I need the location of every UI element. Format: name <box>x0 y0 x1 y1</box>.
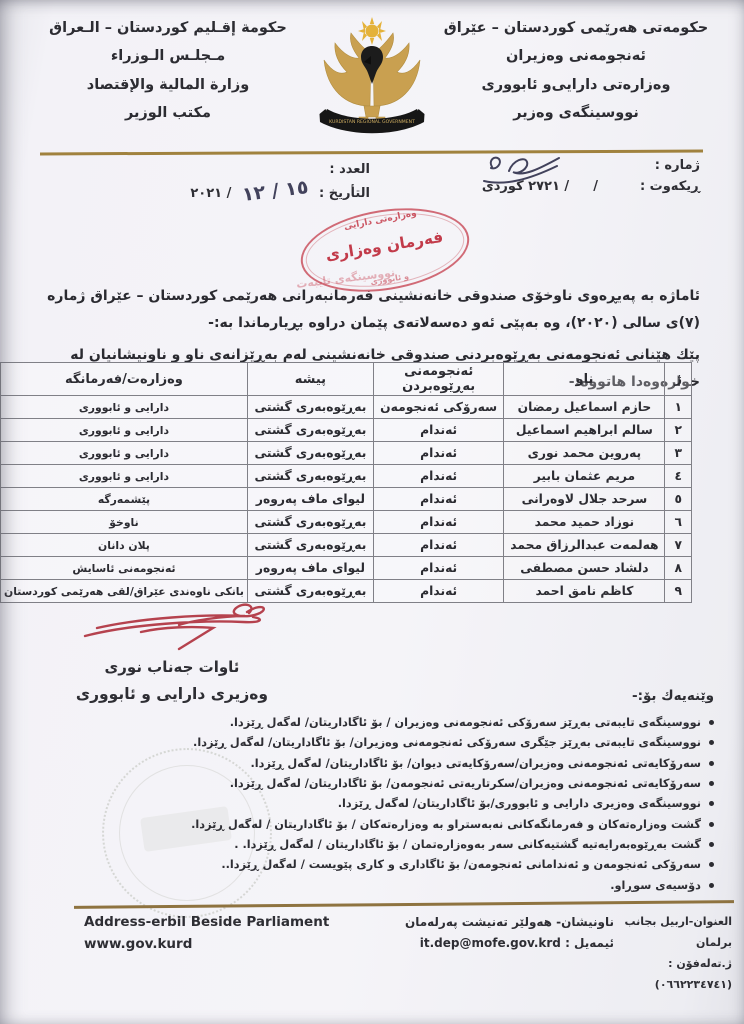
cell-board-role: ئه‌ندام <box>373 419 503 442</box>
table-row: ٢ سالم ابراهيم اسماعيل ئه‌ندام به‌ڕێوه‌ب… <box>1 419 692 442</box>
cell-board-role: ئه‌ندام <box>373 557 503 580</box>
letterhead-line: حكومه‌تى هه‌رێمى كوردستان – عێراق <box>442 14 710 42</box>
table-row: ٧ هه‌لمه‌ت عبدالرزاق محمد ئه‌ندام به‌ڕێو… <box>1 534 692 557</box>
bullet-icon <box>709 801 714 806</box>
letterhead-line: مكتب الوزير <box>34 99 302 127</box>
cell-board-role: ئه‌ندام <box>373 465 503 488</box>
letterhead-line: ئه‌نجومه‌نى وه‌زيران <box>442 42 710 70</box>
copies-to-item: سه‌رۆكايه‌تى ئه‌نجومه‌نى وه‌زيران/سه‌رۆك… <box>228 754 714 774</box>
cell-name: په‌روين محمد نورى <box>504 442 665 465</box>
cell-number: ١ <box>665 396 692 419</box>
cell-ministry: پێشمه‌رگه <box>1 488 248 511</box>
reference-kurdish-block: ژماره : ڕيكه‌وت : / / ٢٧٢١ كوردى <box>450 158 700 200</box>
date-line-ku: ڕيكه‌وت : / / ٢٧٢١ كوردى <box>450 179 700 194</box>
date-line-ar: التأريخ : ١٥ / ١٢ / ٢٠٢١ <box>140 180 370 201</box>
copies-to-item: سه‌رۆكايه‌تى ئه‌نجومه‌نى وه‌زيران/سكرتار… <box>228 774 714 794</box>
cell-profession: ليواى ماف په‌روه‌ر <box>247 488 373 511</box>
bullet-icon <box>709 781 714 786</box>
copies-to-item-text: نووسينگه‌ى تايبه‌تى به‌ڕێز جێگرى سه‌رۆكى… <box>193 733 701 753</box>
cell-name: سالم ابراهيم اسماعيل <box>504 419 665 442</box>
letterhead-line: وزارة المالية والإقتصاد <box>34 71 302 99</box>
cell-ministry: دارايى و ئابوورى <box>1 419 248 442</box>
footer-arabic-block: العنوان-اربيل بجانب برلمان ژ.ته‌له‌فۆن :… <box>600 912 732 996</box>
cell-ministry: دارايى و ئابوورى <box>1 442 248 465</box>
header-divider-line <box>40 150 703 156</box>
cell-board-role: ئه‌ندام <box>373 442 503 465</box>
cell-board-role: ئه‌ندام <box>373 534 503 557</box>
footer-address-ar: العنوان-اربيل بجانب برلمان <box>600 912 732 954</box>
cell-number: ٢ <box>665 419 692 442</box>
cell-ministry: دارايى و ئابوورى <box>1 465 248 488</box>
copies-to-item-text: نووسينگه‌ى وه‌زيرى دارايى و ئابوورى/بۆ ئ… <box>338 794 701 814</box>
cell-board-role: سه‌رۆكى ئه‌نجومه‌ن <box>373 396 503 419</box>
date-year: / ٢٠٢١ <box>190 186 231 201</box>
cell-profession: به‌ڕێوه‌به‌رى گشتى <box>247 396 373 419</box>
cell-name: كاظم نامق احمد <box>504 580 665 603</box>
footer-email-value: it.dep@mofe.gov.krd <box>420 936 561 950</box>
copies-to-item-text: گشت به‌ڕێوه‌به‌رايه‌تيه گشتيه‌كانى سه‌ر … <box>234 835 701 855</box>
copies-to-item: دۆسيه‌ى سوڕاو. <box>228 876 714 896</box>
cell-board-role: ئه‌ندام <box>373 511 503 534</box>
copies-to-item: گشت وه‌زاره‌ته‌كان و فه‌رمانگه‌كانى نه‌ب… <box>228 815 714 835</box>
table-row: ٨ دلشاد حسن مصطفى ئه‌ندام ليواى ماف په‌ر… <box>1 557 692 580</box>
cell-profession: به‌ڕێوه‌به‌رى گشتى <box>247 465 373 488</box>
cell-name: هه‌لمه‌ت عبدالرزاق محمد <box>504 534 665 557</box>
date-value-ku: / ٢٧٢١ كوردى <box>482 179 569 194</box>
date-handwriting: ١٥ / ١٢ <box>241 176 310 206</box>
bullet-icon <box>709 862 714 867</box>
cell-number: ٤ <box>665 465 692 488</box>
letterhead: حكومة إقـليم كوردستان – الـعراق مـجلـس ا… <box>34 14 710 146</box>
cell-number: ٨ <box>665 557 692 580</box>
cell-name: سرحد جلال لاوه‌رانى <box>504 488 665 511</box>
number-label-ar: العدد : <box>140 162 370 177</box>
footer-english-block: Address-erbil Beside Parliament www.gov.… <box>84 912 329 955</box>
copies-to-item: نووسينگه‌ى تايبه‌تى به‌ڕێز سه‌رۆكى ئه‌نج… <box>228 713 714 733</box>
bullet-icon <box>709 883 714 888</box>
footer-kurdish-block: ناونيشان- هه‌ولێر ته‌نيشت په‌رله‌مان ئيم… <box>392 912 614 954</box>
copies-to-item: سه‌رۆكى ئه‌نجومه‌ن و ئه‌ندامانى ئه‌نجومه… <box>228 855 714 875</box>
table-row: ٣ په‌روين محمد نورى ئه‌ندام به‌ڕێوه‌به‌ر… <box>1 442 692 465</box>
col-header-name: ناو <box>504 363 665 396</box>
copies-to-item-text: سه‌رۆكايه‌تى ئه‌نجومه‌نى وه‌زيران/سه‌رۆك… <box>251 754 702 774</box>
date-label-ar: التأريخ : <box>319 186 370 201</box>
table-row: ٥ سرحد جلال لاوه‌رانى ئه‌ندام ليواى ماف … <box>1 488 692 511</box>
copies-to-item-text: گشت وه‌زاره‌ته‌كان و فه‌رمانگه‌كانى نه‌ب… <box>191 815 701 835</box>
copies-to-header: وێنه‌يه‌ك بۆ:- <box>228 688 714 704</box>
cell-number: ٣ <box>665 442 692 465</box>
copies-to-item-text: نووسينگه‌ى تايبه‌تى به‌ڕێز سه‌رۆكى ئه‌نج… <box>230 713 701 733</box>
footer-phone: ژ.ته‌له‌فۆن : (٠٦٦٢٢٣٤٧٤١) <box>600 954 732 996</box>
col-header-ministry: وه‌زاره‌ت/فه‌رمانگه <box>1 363 248 396</box>
col-header-number: ژ <box>665 363 692 396</box>
copies-to-list: نووسينگه‌ى تايبه‌تى به‌ڕێز سه‌رۆكى ئه‌نج… <box>228 713 714 896</box>
bullet-icon <box>709 740 714 745</box>
copies-to-item-text: سه‌رۆكى ئه‌نجومه‌ن و ئه‌ندامانى ئه‌نجومه… <box>221 855 701 875</box>
copies-to-item-text: دۆسيه‌ى سوڕاو. <box>610 876 701 896</box>
reference-arabic-block: العدد : التأريخ : ١٥ / ١٢ / ٢٠٢١ <box>140 162 370 204</box>
col-header-profession: پيشه <box>247 363 373 396</box>
cell-name: دلشاد حسن مصطفى <box>504 557 665 580</box>
date-label-ku: ڕيكه‌وت : <box>640 179 700 194</box>
letterhead-line: نووسينگه‌ى وه‌زير <box>442 99 710 127</box>
letterhead-line: مـجلـس الـوزراء <box>34 42 302 70</box>
table-row: ٦ نوزاد حميد محمد ئه‌ندام به‌ڕێوه‌به‌رى … <box>1 511 692 534</box>
copies-to-item: نووسينگه‌ى تايبه‌تى به‌ڕێز جێگرى سه‌رۆكى… <box>228 733 714 753</box>
table-row: ٤ مريم عثمان بابير ئه‌ندام به‌ڕێوه‌به‌رى… <box>1 465 692 488</box>
cell-profession: به‌ڕێوه‌به‌رى گشتى <box>247 511 373 534</box>
footer-address-en: Address-erbil Beside Parliament <box>84 912 329 934</box>
copies-to-section: وێنه‌يه‌ك بۆ:- نووسينگه‌ى تايبه‌تى به‌ڕێ… <box>228 688 714 896</box>
bullet-icon <box>709 761 714 766</box>
bullet-icon <box>709 842 714 847</box>
bullet-icon <box>709 720 714 725</box>
signatory-name: ئاوات جه‌ناب نورى <box>56 658 288 676</box>
signature-block: ئاوات جه‌ناب نورى وه‌زيرى دارايى و ئابوو… <box>56 594 288 703</box>
scanned-official-letter: حكومة إقـليم كوردستان – الـعراق مـجلـس ا… <box>0 0 744 1024</box>
cell-name: نوزاد حميد محمد <box>504 511 665 534</box>
cell-board-role: ئه‌ندام <box>373 580 503 603</box>
cell-profession: ليواى ماف په‌روه‌ر <box>247 557 373 580</box>
letterhead-kurdish-block: حكومه‌تى هه‌رێمى كوردستان – عێراق ئه‌نجو… <box>442 14 710 127</box>
number-line-ku: ژماره : <box>450 158 700 173</box>
letterhead-arabic-block: حكومة إقـليم كوردستان – الـعراق مـجلـس ا… <box>34 14 302 127</box>
cell-number: ٥ <box>665 488 692 511</box>
footer-address-ku: ناونيشان- هه‌ولێر ته‌نيشت په‌رله‌مان <box>392 912 614 933</box>
cell-profession: به‌ڕێوه‌به‌رى گشتى <box>247 442 373 465</box>
table-header-row: ژ ناو ئه‌نجومه‌نى به‌ڕێوه‌بردن پيشه وه‌ز… <box>1 363 692 396</box>
col-header-board-role: ئه‌نجومه‌نى به‌ڕێوه‌بردن <box>373 363 503 396</box>
cell-number: ٦ <box>665 511 692 534</box>
copies-to-item-text: سه‌رۆكايه‌تى ئه‌نجومه‌نى وه‌زيران/سكرتار… <box>230 774 701 794</box>
sun-icon <box>358 17 386 45</box>
bullet-icon <box>709 822 714 827</box>
cell-ministry: ناوخۆ <box>1 511 248 534</box>
cell-number: ٩ <box>665 580 692 603</box>
cell-ministry: ئه‌نجومه‌نى ئاسايش <box>1 557 248 580</box>
krg-eagle-emblem-icon: KURDISTAN REGIONAL GOVERNMENT <box>305 16 439 146</box>
board-members-table: ژ ناو ئه‌نجومه‌نى به‌ڕێوه‌بردن پيشه وه‌ز… <box>0 362 692 603</box>
minister-signature-handwriting <box>67 594 277 652</box>
footer-website: www.gov.kurd <box>84 934 329 956</box>
emblem-banner-text: KURDISTAN REGIONAL GOVERNMENT <box>329 119 415 125</box>
number-label-ku: ژماره : <box>655 158 700 173</box>
copies-to-item: گشت به‌ڕێوه‌به‌رايه‌تيه گشتيه‌كانى سه‌ر … <box>228 835 714 855</box>
cell-profession: به‌ڕێوه‌به‌رى گشتى <box>247 534 373 557</box>
footer-email-line: ئيمه‌يل : it.dep@mofe.gov.krd <box>392 933 614 954</box>
letterhead-line: وه‌زاره‌تى دارايى‌و ئابوورى <box>442 71 710 99</box>
letterhead-line: حكومة إقـليم كوردستان – الـعراق <box>34 14 302 42</box>
cell-ministry: دارايى و ئابوورى <box>1 396 248 419</box>
table-row: ١ حازم اسماعيل رمضان سه‌رۆكى ئه‌نجومه‌ن … <box>1 396 692 419</box>
cell-name: مريم عثمان بابير <box>504 465 665 488</box>
cell-board-role: ئه‌ندام <box>373 488 503 511</box>
copies-to-item: نووسينگه‌ى وه‌زيرى دارايى و ئابوورى/بۆ ئ… <box>228 794 714 814</box>
date-slash: / <box>593 179 598 194</box>
cell-number: ٧ <box>665 534 692 557</box>
cell-name: حازم اسماعيل رمضان <box>504 396 665 419</box>
cell-ministry: پلان دانان <box>1 534 248 557</box>
cell-profession: به‌ڕێوه‌به‌رى گشتى <box>247 419 373 442</box>
